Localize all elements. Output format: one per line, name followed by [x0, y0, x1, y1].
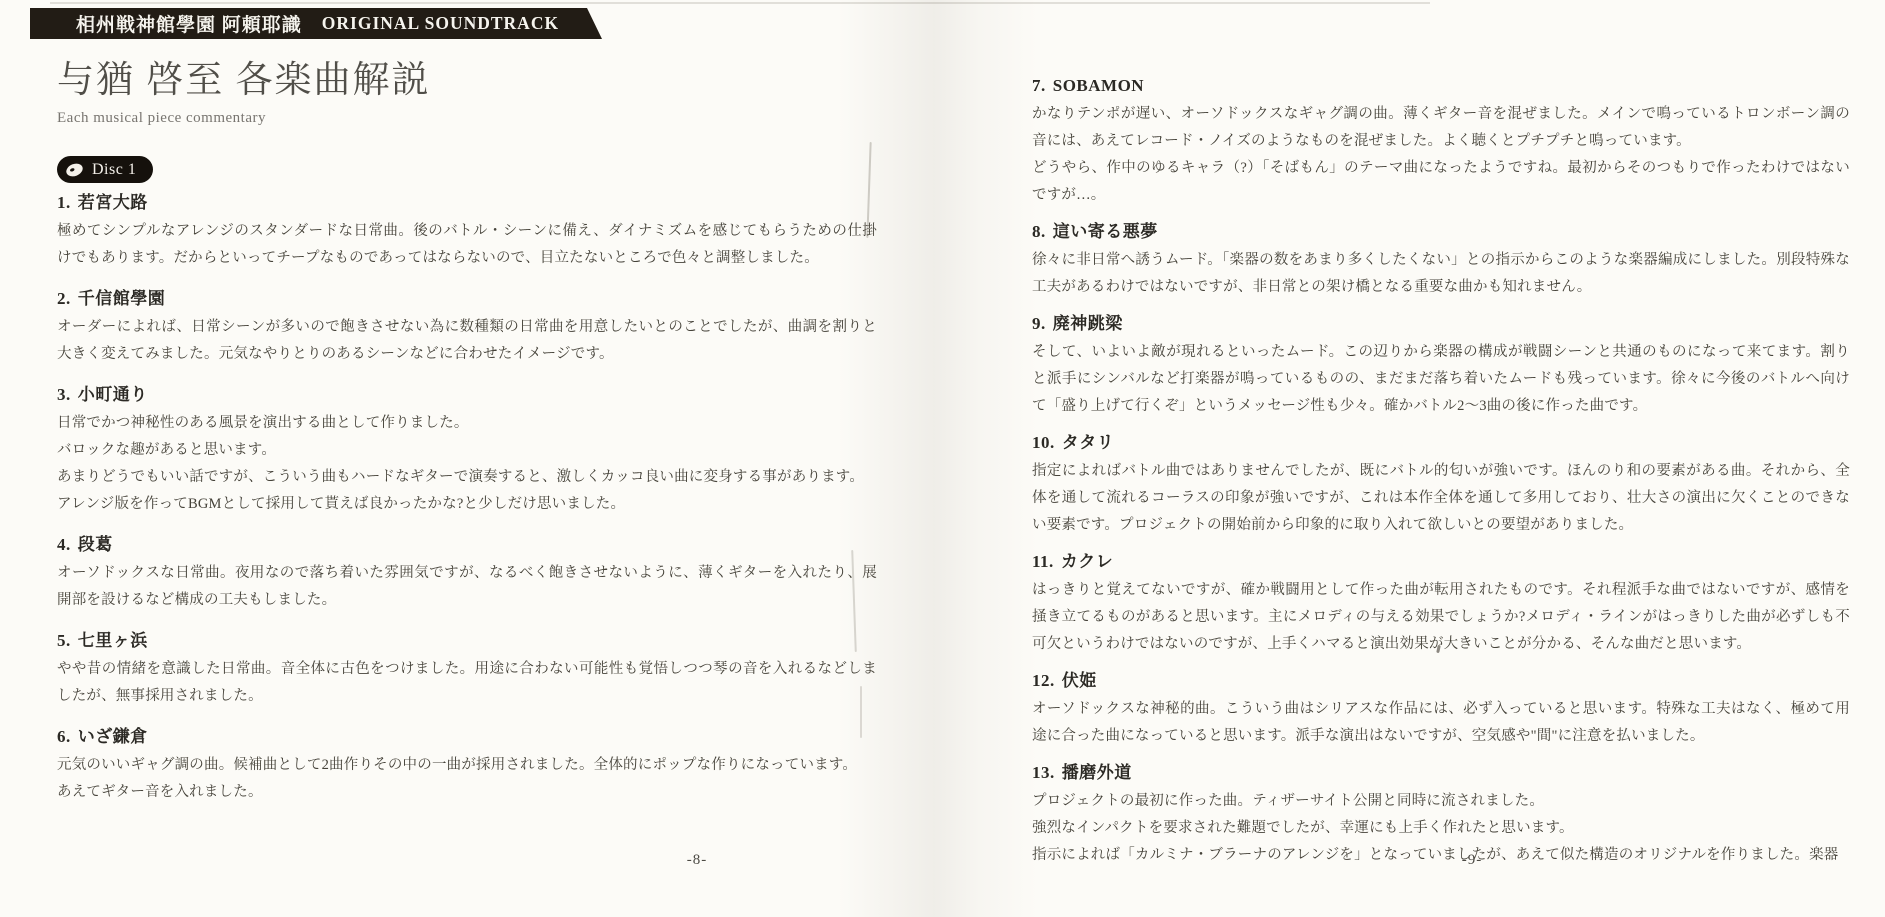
track-entry: 13.播磨外道 プロジェクトの最初に作った曲。ティザーサイト公開と同時に流されま…: [1032, 761, 1850, 869]
disc-1-badge: Disc 1: [57, 156, 153, 183]
track-heading: 11.カクレ: [1032, 550, 1850, 574]
track-entry: 1.若宮大路 極めてシンプルなアレンジのスタンダードな日常曲。後のバトル・シーン…: [57, 191, 877, 272]
track-commentary: オーダーによれば、日常シーンが多いので飽きさせない為に数種類の日常曲を用意したい…: [57, 314, 877, 368]
track-heading: 6.いざ鎌倉: [57, 725, 877, 749]
track-heading: 9.廃神跳梁: [1032, 312, 1850, 336]
track-title: SOBAMON: [1053, 76, 1144, 95]
track-heading: 1.若宮大路: [57, 191, 877, 215]
album-banner: 相州戦神館學園 阿頼耶識 ORIGINAL SOUNDTRACK: [30, 8, 602, 39]
track-title: タタリ: [1062, 433, 1115, 452]
track-number: 13.: [1032, 763, 1055, 782]
track-entry: 7.SOBAMON かなりテンポが遅い、オーソドックスなギャグ調の曲。薄くギター…: [1032, 74, 1850, 209]
track-heading: 10.タタリ: [1032, 431, 1850, 455]
track-heading: 5.七里ヶ浜: [57, 629, 877, 653]
track-list-right: 7.SOBAMON かなりテンポが遅い、オーソドックスなギャグ調の曲。薄くギター…: [1032, 74, 1850, 869]
track-entry: 12.伏姫 オーソドックスな神秘的曲。こういう曲はシリアスな作品には、必ず入って…: [1032, 669, 1850, 750]
track-number: 3.: [57, 385, 71, 404]
track-entry: 2.千信館學園 オーダーによれば、日常シーンが多いので飽きさせない為に数種類の日…: [57, 287, 877, 368]
track-heading: 4.段葛: [57, 533, 877, 557]
track-heading: 12.伏姫: [1032, 669, 1850, 693]
track-entry: 4.段葛 オーソドックスな日常曲。夜用なので落ち着いた雰囲気ですが、なるべく飽き…: [57, 533, 877, 614]
track-entry: 6.いざ鎌倉 元気のいいギャグ調の曲。候補曲として2曲作りその中の一曲が採用され…: [57, 725, 877, 806]
track-commentary: 指定によればバトル曲ではありませんでしたが、既にバトル的匂いが強いです。ほんのり…: [1032, 458, 1850, 539]
track-heading: 2.千信館學園: [57, 287, 877, 311]
track-title: 千信館學園: [78, 289, 166, 308]
track-commentary: プロジェクトの最初に作った曲。ティザーサイト公開と同時に流されました。 強烈なイ…: [1032, 788, 1850, 869]
track-heading: 13.播磨外道: [1032, 761, 1850, 785]
page-left: 与猶 啓至 各楽曲解説 Each musical piece commentar…: [57, 58, 877, 806]
track-entry: 8.這い寄る悪夢 徐々に非日常へ誘うムード。「楽器の数をあまり多くしたくない」と…: [1032, 220, 1850, 301]
track-commentary: 日常でかつ神秘性のある風景を演出する曲として作りました。 バロックな趣があると思…: [57, 410, 877, 518]
track-number: 9.: [1032, 314, 1046, 333]
booklet-scan: 相州戦神館學園 阿頼耶識 ORIGINAL SOUNDTRACK 与猶 啓至 各…: [0, 0, 1885, 917]
track-commentary: やや昔の情緒を意識した日常曲。音全体に古色をつけました。用途に合わない可能性も覚…: [57, 656, 877, 710]
page-number-right: -9-: [1447, 852, 1497, 869]
track-number: 7.: [1032, 76, 1046, 95]
track-number: 11.: [1032, 552, 1054, 571]
track-title: いざ鎌倉: [78, 727, 148, 746]
track-entry: 9.廃神跳梁 そして、いよいよ敵が現れるといったムード。この辺りから楽器の構成が…: [1032, 312, 1850, 420]
track-list-left: 1.若宮大路 極めてシンプルなアレンジのスタンダードな日常曲。後のバトル・シーン…: [57, 191, 877, 806]
track-title: カクレ: [1061, 552, 1114, 571]
track-entry: 10.タタリ 指定によればバトル曲ではありませんでしたが、既にバトル的匂いが強い…: [1032, 431, 1850, 539]
disc-badge-label: Disc 1: [92, 161, 136, 179]
track-number: 10.: [1032, 433, 1055, 452]
track-number: 6.: [57, 727, 71, 746]
scan-edge-line: [50, 2, 1430, 4]
banner-product-type: ORIGINAL SOUNDTRACK: [322, 13, 559, 34]
track-entry: 3.小町通り 日常でかつ神秘性のある風景を演出する曲として作りました。 バロック…: [57, 383, 877, 518]
track-title: 播磨外道: [1062, 763, 1132, 782]
track-title: 若宮大路: [78, 193, 148, 212]
track-heading: 8.這い寄る悪夢: [1032, 220, 1850, 244]
track-commentary: オーソドックスな日常曲。夜用なので落ち着いた雰囲気ですが、なるべく飽きさせないよ…: [57, 560, 877, 614]
track-commentary: はっきりと覚えてないですが、確か戦闘用として作った曲が転用されたものです。それ程…: [1032, 577, 1850, 658]
track-heading: 3.小町通り: [57, 383, 877, 407]
track-title: 廃神跳梁: [1053, 314, 1123, 333]
track-entry: 11.カクレ はっきりと覚えてないですが、確か戦闘用として作った曲が転用されたも…: [1032, 550, 1850, 658]
track-number: 12.: [1032, 671, 1055, 690]
track-title: 段葛: [78, 535, 113, 554]
track-number: 2.: [57, 289, 71, 308]
page-title: 与猶 啓至 各楽曲解説: [57, 58, 877, 104]
track-heading: 7.SOBAMON: [1032, 74, 1850, 98]
track-entry: 5.七里ヶ浜 やや昔の情緒を意識した日常曲。音全体に古色をつけました。用途に合わ…: [57, 629, 877, 710]
track-title: 伏姫: [1062, 671, 1097, 690]
track-number: 8.: [1032, 222, 1046, 241]
page-right: 7.SOBAMON かなりテンポが遅い、オーソドックスなギャグ調の曲。薄くギター…: [1032, 66, 1850, 869]
track-title: 小町通り: [78, 385, 148, 404]
track-commentary: 極めてシンプルなアレンジのスタンダードな日常曲。後のバトル・シーンに備え、ダイナ…: [57, 218, 877, 272]
track-number: 5.: [57, 631, 71, 650]
track-commentary: 元気のいいギャグ調の曲。候補曲として2曲作りその中の一曲が採用されました。全体的…: [57, 752, 877, 806]
fold-crease: [860, 686, 862, 738]
page-subtitle: Each musical piece commentary: [57, 108, 877, 128]
track-title: 這い寄る悪夢: [1053, 222, 1158, 241]
track-title: 七里ヶ浜: [78, 631, 148, 650]
track-commentary: そして、いよいよ敵が現れるといったムード。この辺りから楽器の構成が戦闘シーンと共…: [1032, 339, 1850, 420]
track-commentary: 徐々に非日常へ誘うムード。「楽器の数をあまり多くしたくない」との指示からこのよう…: [1032, 247, 1850, 301]
disc-icon: [64, 161, 84, 178]
track-number: 4.: [57, 535, 71, 554]
track-commentary: かなりテンポが遅い、オーソドックスなギャグ調の曲。薄くギター音を混ぜました。メイ…: [1032, 101, 1850, 209]
track-number: 1.: [57, 193, 71, 212]
page-number-left: -8-: [672, 852, 722, 869]
banner-album-title: 相州戦神館學園 阿頼耶識: [76, 10, 302, 37]
track-commentary: オーソドックスな神秘的曲。こういう曲はシリアスな作品には、必ず入っていると思いま…: [1032, 696, 1850, 750]
